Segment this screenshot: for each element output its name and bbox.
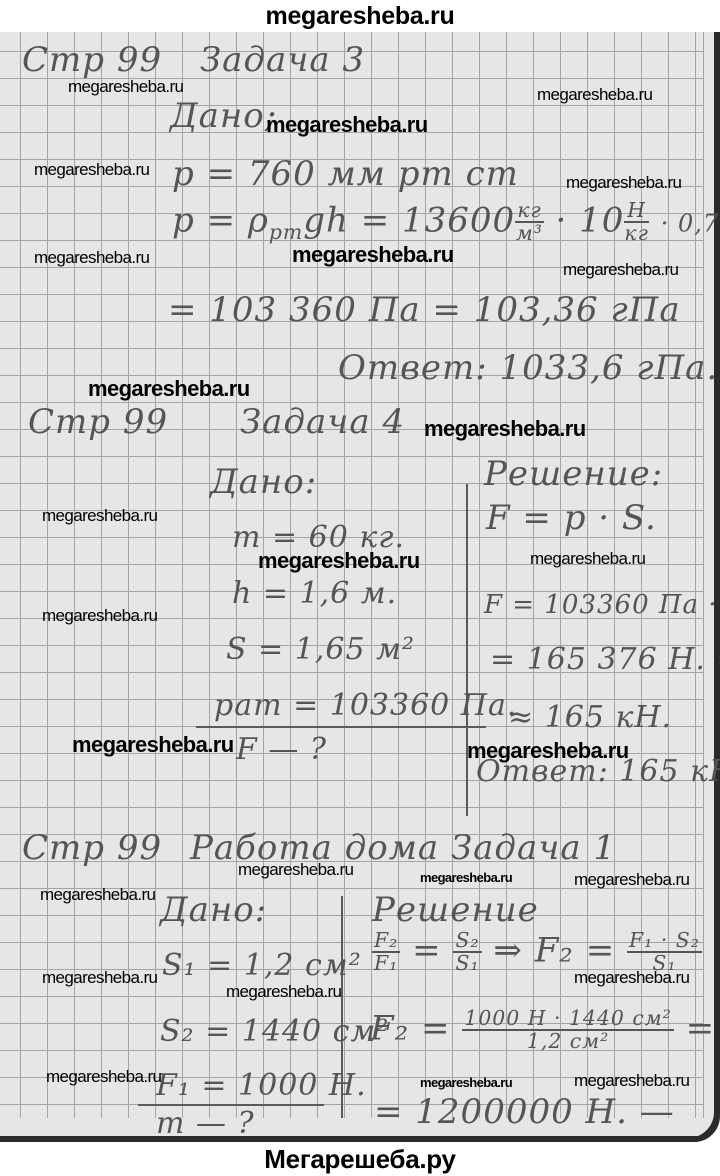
- problem-2-divider: [466, 484, 468, 816]
- formula-eq: = 13600: [361, 200, 515, 240]
- problem-3-find: m — ?: [156, 1106, 255, 1141]
- calc-fraction: 1000 Н · 1440 см²1,2 см²: [462, 1008, 673, 1053]
- watermark: megaresheba.ru: [530, 549, 645, 569]
- problem-2-given-area: S = 1,65 м²: [226, 632, 415, 667]
- site-header: megaresheba.ru: [0, 0, 720, 32]
- calc-tail: =: [686, 1008, 716, 1048]
- watermark: megaresheba.ru: [226, 982, 341, 1002]
- watermark: megaresheba.ru: [72, 732, 234, 758]
- formula-lhs: p = ρ: [172, 200, 269, 240]
- watermark: megaresheba.ru: [566, 173, 681, 193]
- watermark: megaresheba.ru: [68, 77, 183, 97]
- watermark: megaresheba.ru: [46, 1067, 161, 1087]
- watermark: megaresheba.ru: [34, 160, 149, 180]
- problem-2-given-pressure: pат = 103360 Па.: [214, 688, 517, 723]
- problem-1-given-label: Дано;: [170, 96, 277, 136]
- watermark: megaresheba.ru: [574, 968, 689, 988]
- problem-2-page-ref: Стр 99: [28, 402, 168, 442]
- problem-1-result: = 103 360 Па = 103,36 гПа: [168, 290, 681, 330]
- problem-3-given-label: Дано:: [160, 890, 267, 930]
- watermark: megaresheba.ru: [42, 506, 157, 526]
- problem-3-result: = 1200000 Н. —: [374, 1092, 675, 1132]
- watermark: megaresheba.ru: [292, 242, 454, 268]
- ratio-force: F₂F₁: [372, 930, 400, 975]
- watermark: megaresheba.ru: [537, 85, 652, 105]
- watermark: megaresheba.ru: [424, 416, 586, 442]
- watermark: megaresheba.ru: [40, 885, 155, 905]
- formula-rho-sub: рт: [269, 220, 303, 244]
- problem-3-solution-label: Решение: [372, 890, 539, 930]
- site-footer: Мегарешеба.ру: [0, 1142, 720, 1176]
- ratio-arrow: ⇒ F₂ =: [493, 930, 615, 970]
- problem-3-page-ref: Стр 99: [22, 828, 162, 868]
- watermark: megaresheba.ru: [238, 860, 353, 880]
- ratio-area: S₂S₁: [453, 930, 481, 975]
- problem-2-solution-line-2: F = 103360 Па · 1,6 м: [484, 590, 720, 620]
- problem-1-answer: Ответ: 1033,6 гПа.: [338, 348, 718, 388]
- problem-1-formula: p = ρртgh = 13600кгм³ · 10Нкг · 0,76 м =: [172, 200, 720, 245]
- problem-2-title: Задача 4: [240, 402, 405, 442]
- problem-3-given-s2: S₂ = 1440 см²: [160, 1014, 389, 1049]
- watermark: megaresheba.ru: [34, 248, 149, 268]
- watermark: megaresheba.ru: [42, 968, 157, 988]
- watermark: megaresheba.ru: [42, 606, 157, 626]
- formula-mid: · 10: [556, 200, 625, 240]
- problem-3-calc: F₂ = 1000 Н · 1440 см²1,2 см² =: [370, 1008, 715, 1053]
- watermark: megaresheba.ru: [420, 1075, 512, 1090]
- calc-lhs: F₂ =: [370, 1008, 451, 1048]
- watermark: megaresheba.ru: [467, 738, 629, 764]
- formula-tail: · 0,76 м =: [661, 209, 720, 237]
- notebook-page: Стр 99 Задача 3 Дано; p = 760 мм рт ст p…: [0, 32, 720, 1142]
- watermark: megaresheba.ru: [420, 870, 512, 885]
- watermark: megaresheba.ru: [266, 112, 428, 138]
- unit-density: кгм³: [515, 200, 543, 245]
- watermark: megaresheba.ru: [258, 548, 420, 574]
- problem-2-find: F — ?: [236, 732, 327, 767]
- problem-2-solution-label: Решение:: [484, 454, 663, 494]
- problem-3-given-f1: F₁ = 1000 Н.: [156, 1068, 367, 1103]
- unit-g: Нкг: [624, 200, 648, 245]
- formula-gh: gh: [303, 200, 349, 240]
- problem-1-title: Задача 3: [200, 40, 365, 80]
- problem-1-given-pressure: p = 760 мм рт ст: [172, 154, 519, 194]
- problem-2-given-height: h = 1,6 м.: [232, 576, 397, 611]
- watermark: megaresheba.ru: [574, 1071, 689, 1091]
- problem-2-solution-line-4: ≈ 165 кН.: [508, 700, 672, 735]
- watermark: megaresheba.ru: [88, 376, 250, 402]
- problem-2-solution-line-1: F = p · S.: [486, 498, 657, 538]
- problem-2-given-underline: [196, 726, 486, 728]
- problem-3-given-s1: S₁ = 1,2 см²: [162, 948, 362, 983]
- problem-1-page-ref: Стр 99: [22, 40, 162, 80]
- watermark: megaresheba.ru: [574, 870, 689, 890]
- problem-2-given-label: Дано:: [210, 462, 317, 502]
- problem-2-solution-line-3: = 165 376 Н. =: [490, 642, 720, 677]
- watermark: megaresheba.ru: [563, 260, 678, 280]
